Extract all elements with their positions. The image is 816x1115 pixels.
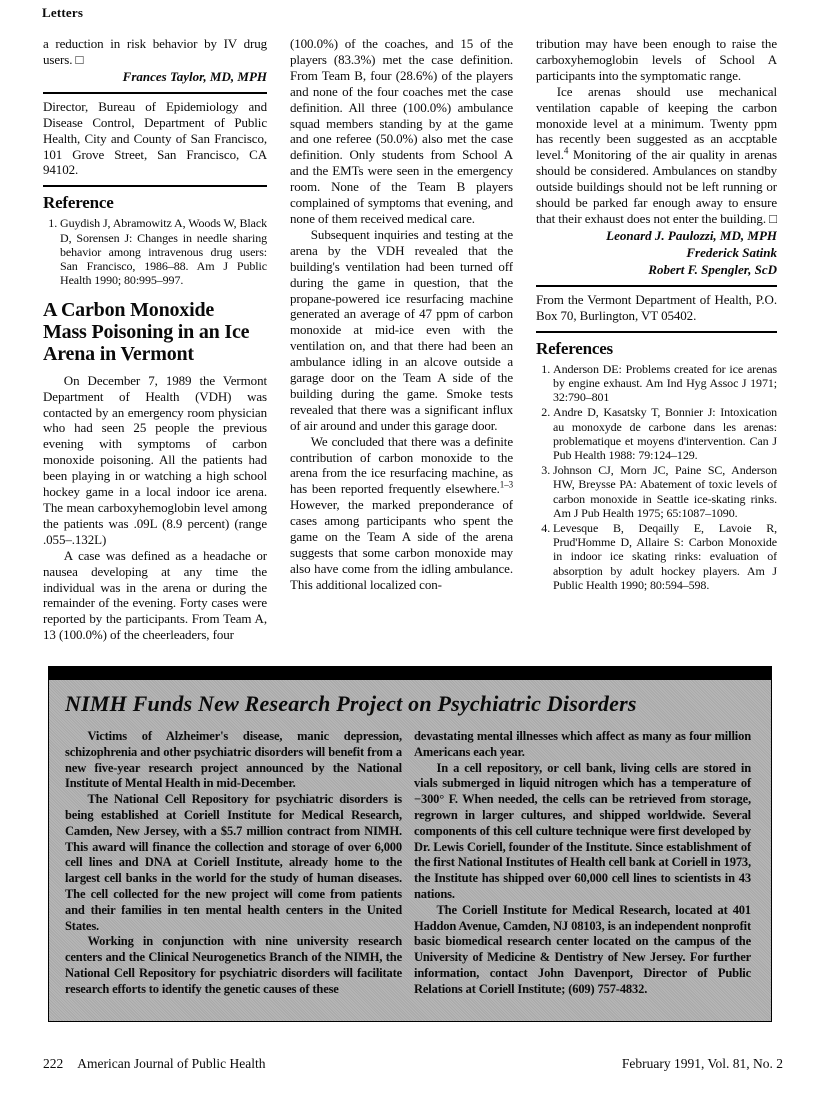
letter-title-carbon-monoxide: A Carbon Monoxide Mass Poisoning in an I…: [43, 300, 267, 365]
page-number: 222: [43, 1056, 63, 1071]
letters-text-columns: a reduction in risk behavior by IV drug …: [43, 36, 777, 660]
cm-paragraph-4: We concluded that there was a definite c…: [290, 434, 513, 593]
nimh-paragraph: The Coriell Institute for Medical Resear…: [414, 903, 751, 998]
nimh-box-title: NIMH Funds New Research Project on Psych…: [65, 691, 753, 717]
cm-paragraph-5: Ice arenas should use mechanical ventila…: [536, 84, 777, 227]
journal-name: American Journal of Public Health: [77, 1056, 265, 1071]
divider-rule: [536, 331, 777, 333]
affiliation-carbon-monoxide: From the Vermont Department of Health, P…: [536, 292, 777, 324]
signature-frederick-satink: Frederick Satink: [536, 245, 777, 261]
nimh-paragraph: The National Cell Repository for psychia…: [65, 792, 402, 934]
reference-item: Levesque B, Deqailly E, Lavoie R, Prud'H…: [553, 521, 777, 592]
signature-robert-spengler: Robert F. Spengler, ScD: [536, 262, 777, 278]
box-top-bar: [49, 667, 771, 680]
reference-list-iv-drug: Guydish J, Abramowitz A, Woods W, Black …: [43, 216, 267, 287]
cm-paragraph-4-continued: tribution may have been enough to raise …: [536, 36, 777, 84]
nimh-announcement-box: NIMH Funds New Research Project on Psych…: [48, 666, 772, 1022]
cm-paragraph-2: A case was defined as a headache or naus…: [43, 548, 267, 643]
cm-paragraph-1: On December 7, 1989 the Vermont Departme…: [43, 373, 267, 548]
reference-item: Guydish J, Abramowitz A, Woods W, Black …: [60, 216, 267, 287]
divider-rule: [43, 185, 267, 187]
reference-item: Anderson DE: Problems created for ice ar…: [553, 362, 777, 405]
column-1: a reduction in risk behavior by IV drug …: [43, 36, 267, 660]
nimh-paragraph: In a cell repository, or cell bank, livi…: [414, 761, 751, 903]
footer-left: 222American Journal of Public Health: [43, 1056, 265, 1072]
cm-paragraph-3: Subsequent inquiries and testing at the …: [290, 227, 513, 434]
reference-item: Andre D, Kasatsky T, Bonnier J: Intoxica…: [553, 405, 777, 462]
letter-iv-drug-closing: a reduction in risk behavior by IV drug …: [43, 36, 267, 68]
nimh-paragraph: Working in conjunction with nine univers…: [65, 934, 402, 997]
section-running-head: Letters: [42, 5, 83, 21]
reference-list-carbon-monoxide: Anderson DE: Problems created for ice ar…: [536, 362, 777, 592]
nimh-box-left-column: Victims of Alzheimer's disease, manic de…: [65, 729, 402, 998]
column-3: tribution may have been enough to raise …: [536, 36, 777, 660]
signature-frances-taylor: Frances Taylor, MD, MPH: [43, 69, 267, 85]
nimh-paragraph: Victims of Alzheimer's disease, manic de…: [65, 729, 402, 792]
divider-rule: [43, 92, 267, 94]
cm-paragraph-5-text-cont: Monitoring of the air quality in arenas …: [536, 147, 777, 226]
cm-paragraph-2-continued: (100.0%) of the coaches, and 15 of the p…: [290, 36, 513, 227]
nimh-box-columns: Victims of Alzheimer's disease, manic de…: [49, 726, 771, 998]
affiliation-iv-drug: Director, Bureau of Epidemiology and Dis…: [43, 99, 267, 179]
page-footer: 222American Journal of Public Health Feb…: [43, 1056, 783, 1072]
references-heading: References: [536, 339, 777, 359]
reference-item: Johnson CJ, Morn JC, Paine SC, Anderson …: [553, 463, 777, 520]
reference-heading: Reference: [43, 193, 267, 213]
signature-leonard-paulozzi: Leonard J. Paulozzi, MD, MPH: [536, 228, 777, 244]
nimh-box-right-column: devastating mental illnesses which affec…: [414, 729, 751, 998]
footer-issue-info: February 1991, Vol. 81, No. 2: [622, 1056, 783, 1072]
column-2: (100.0%) of the coaches, and 15 of the p…: [290, 36, 513, 660]
nimh-paragraph-continued: devastating mental illnesses which affec…: [414, 729, 751, 761]
cm-paragraph-4-text: We concluded that there was a definite c…: [290, 434, 513, 497]
citation-superscript-1-3: 1–3: [500, 480, 513, 490]
cm-paragraph-4-text-cont: However, the marked preponderance of cas…: [290, 497, 513, 592]
divider-rule: [536, 285, 777, 287]
